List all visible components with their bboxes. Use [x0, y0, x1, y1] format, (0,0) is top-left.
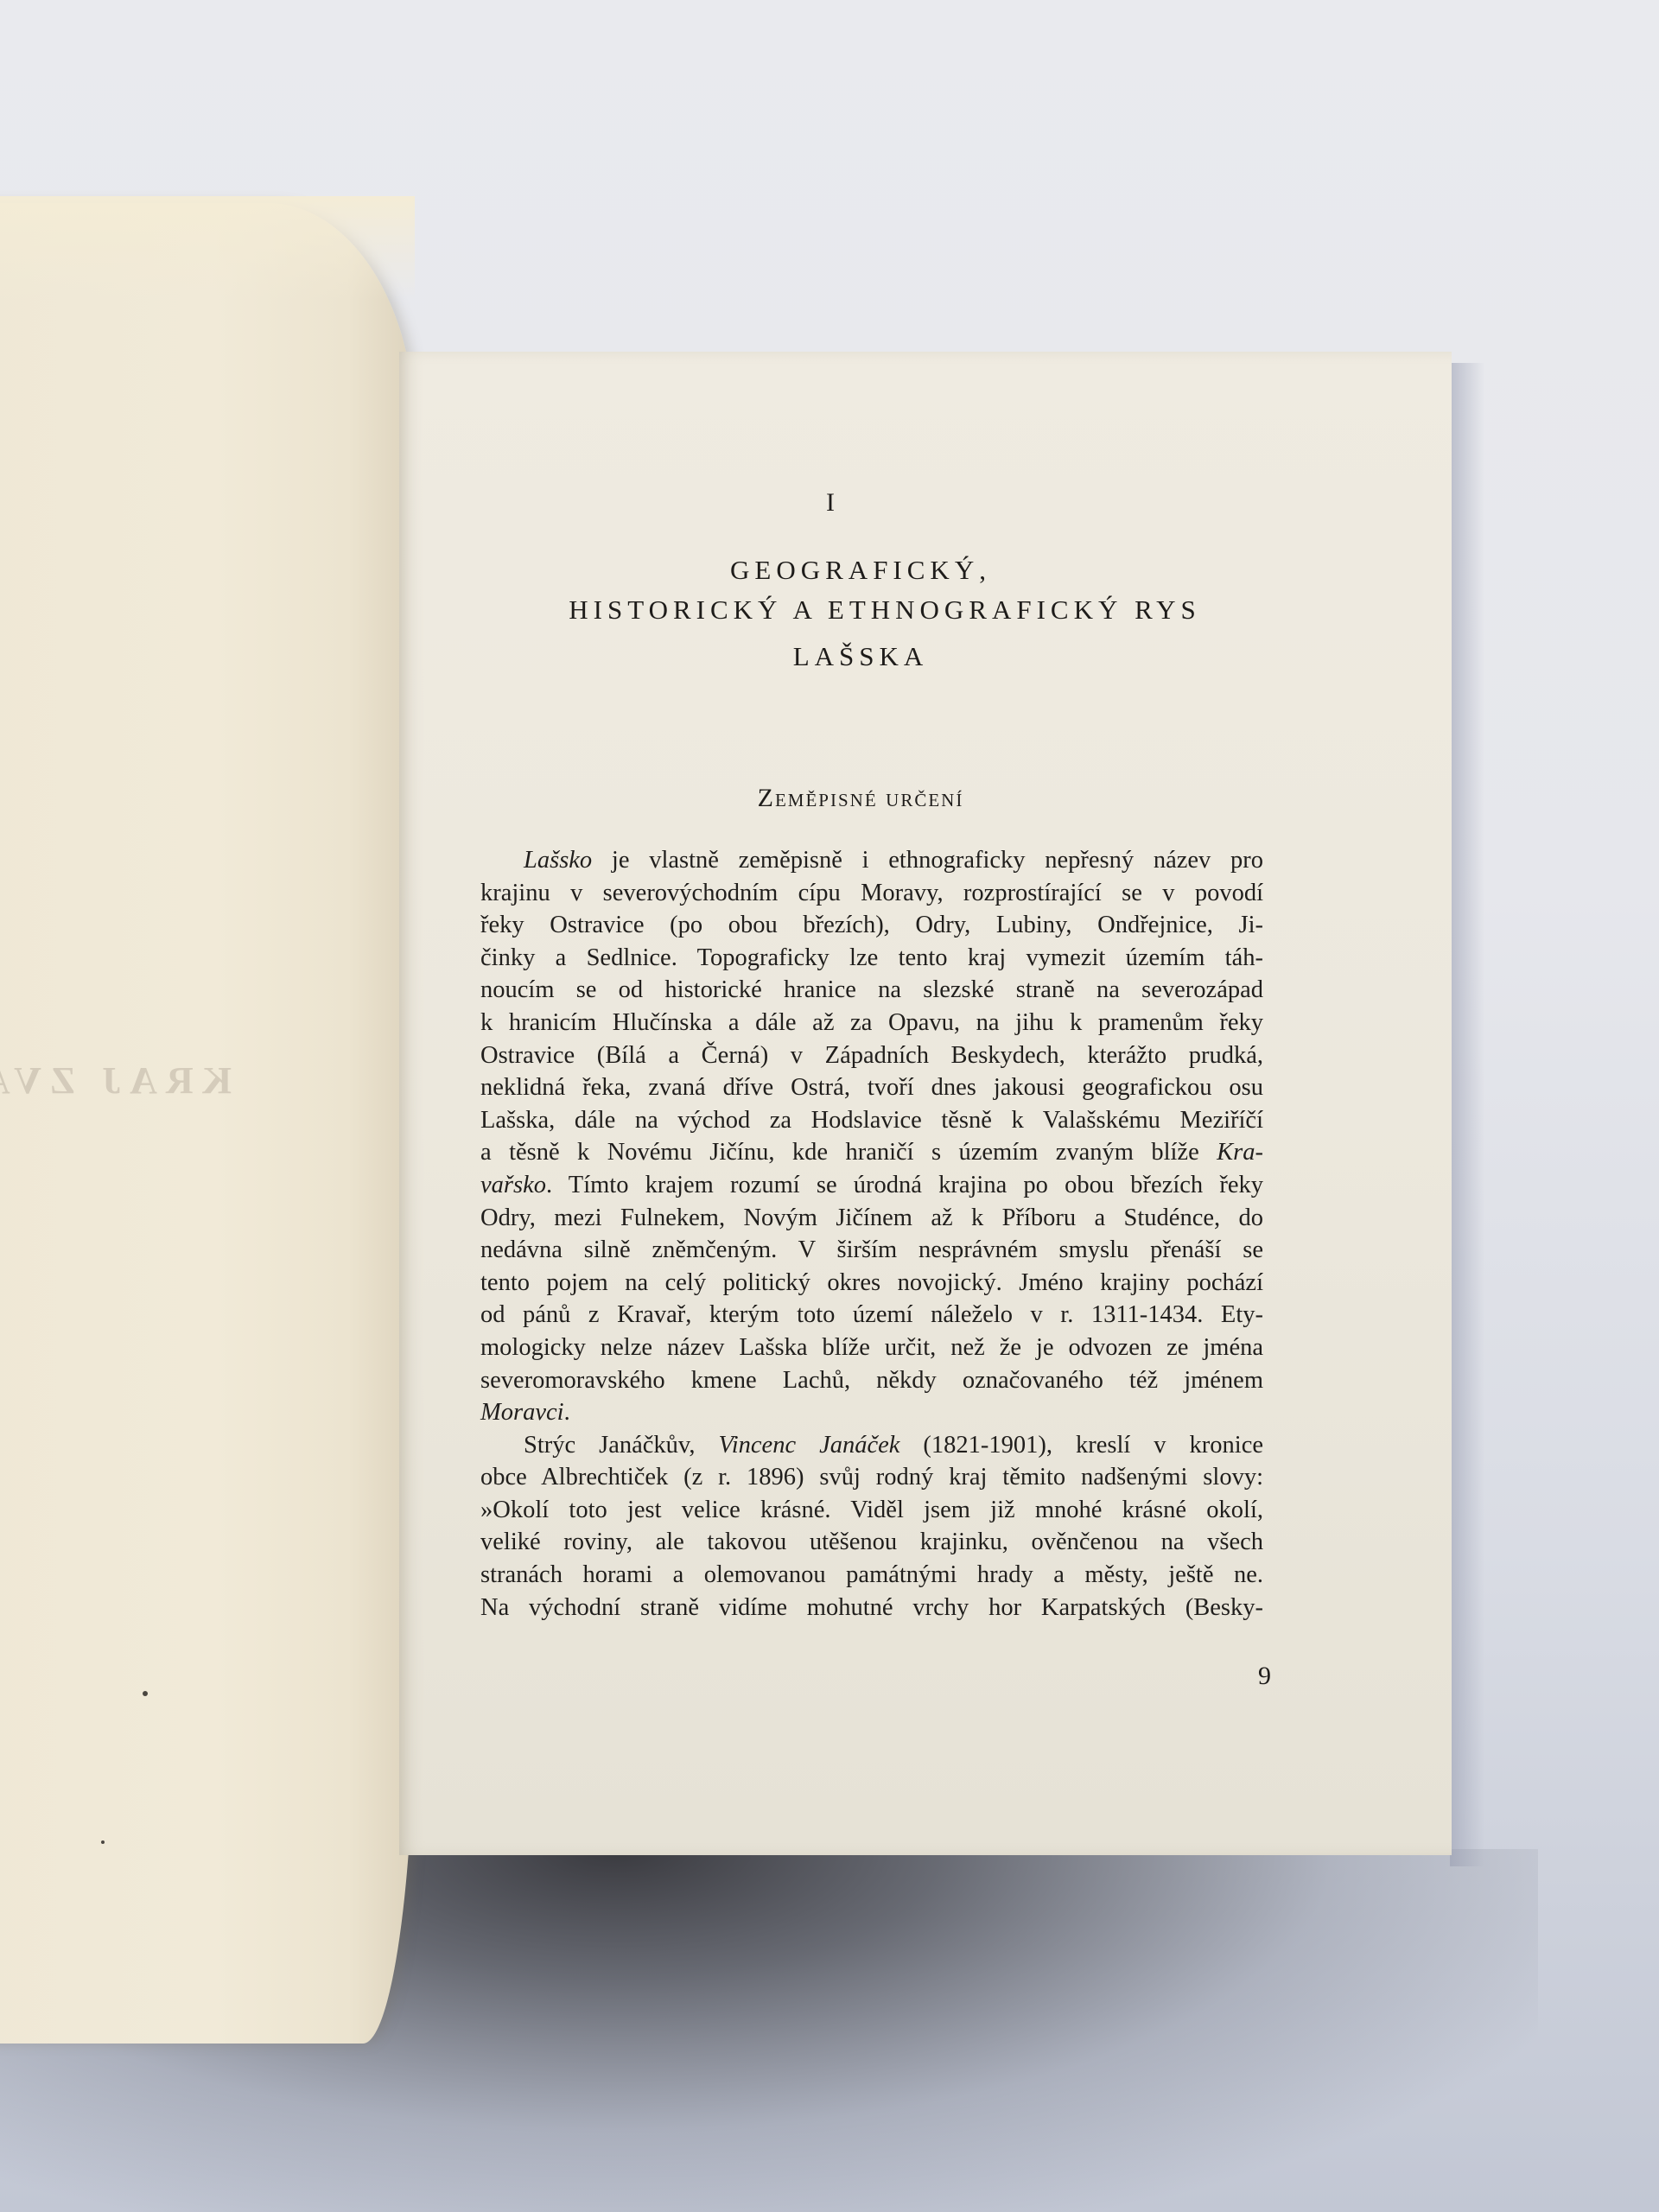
text-line: noucím se od historické hranice na slezs…	[480, 974, 1263, 1007]
text-line: a těsně k Novému Jičínu, kde hraničí s ú…	[480, 1136, 1263, 1169]
text-line: nedávna silně zněmčeným. V širším nesprá…	[480, 1234, 1263, 1267]
text-line: neklidná řeka, zvaná dříve Ostrá, tvoří …	[480, 1071, 1263, 1104]
line-text: a těsně k Novému Jičínu, kde hraničí s ú…	[480, 1139, 1217, 1166]
page-content: I GEOGRAFICKÝ, HISTORICKÝ A ETHNOGRAFICK…	[399, 352, 1452, 1855]
italic-term: Moravci	[480, 1399, 564, 1426]
section-title: Zeměpisné určení	[399, 784, 1322, 813]
italic-term: Kra-	[1217, 1139, 1263, 1166]
text-line: od pánů z Kravař, kterým toto území nále…	[480, 1299, 1263, 1332]
paper-speck	[101, 1840, 105, 1844]
text-line: Lašsko je vlastně zeměpisně i ethnografi…	[480, 844, 1263, 877]
paper-speck	[143, 1691, 148, 1696]
text-line: stranách horami a olemovanou památnými h…	[480, 1559, 1263, 1592]
text-line: vařsko. Tímto krajem rozumí se úrodná kr…	[480, 1169, 1263, 1202]
text-line: Ostravice (Bílá a Černá) v Západních Bes…	[480, 1039, 1263, 1072]
left-page: KRAJ ZVA	[0, 203, 415, 2044]
line-text: .	[564, 1399, 570, 1426]
page-number: 9	[1258, 1662, 1271, 1691]
chapter-number: I	[399, 488, 1263, 518]
photo-scene: KRAJ ZVA I GEOGRAFICKÝ, HISTORICKÝ A ETH…	[0, 0, 1659, 2212]
right-page: I GEOGRAFICKÝ, HISTORICKÝ A ETHNOGRAFICK…	[399, 352, 1452, 1855]
text-line: Lašska, dále na východ za Hodslavice těs…	[480, 1104, 1263, 1137]
italic-term: Lašsko	[524, 847, 592, 874]
text-line: obce Albrechtiček (z r. 1896) svůj rodný…	[480, 1461, 1263, 1494]
text-line: »Okolí toto jest velice krásné. Viděl js…	[480, 1494, 1263, 1527]
chapter-title-line-1: GEOGRAFICKÝ,	[399, 555, 1322, 586]
chapter-title-line-3: LAŠSKA	[399, 641, 1322, 672]
line-text: Strýc Janáčkův,	[524, 1432, 718, 1459]
line-text: je vlastně zeměpisně i ethnograficky nep…	[592, 847, 1263, 874]
text-line: Na východní straně vidíme mohutné vrchy …	[480, 1592, 1263, 1624]
left-page-show-through-text: KRAJ ZVA	[0, 1058, 232, 1103]
text-line: Odry, mezi Fulnekem, Novým Jičínem až k …	[480, 1202, 1263, 1235]
text-line: k hranicím Hlučínska a dále až za Opavu,…	[480, 1007, 1263, 1039]
text-line: činky a Sedlnice. Topograficky lze tento…	[480, 942, 1263, 975]
italic-term: vařsko	[480, 1172, 546, 1198]
line-text: . Tímto krajem rozumí se úrodná krajina …	[546, 1172, 1263, 1198]
italic-name: Vincenc Janáček	[718, 1432, 899, 1459]
text-line: severomoravského kmene Lachů, někdy ozna…	[480, 1364, 1263, 1397]
text-line: veliké roviny, ale takovou utěšenou kraj…	[480, 1526, 1263, 1559]
chapter-title-line-2: HISTORICKÝ A ETHNOGRAFICKÝ RYS	[453, 594, 1317, 626]
text-line: Strýc Janáčkův, Vincenc Janáček (1821-19…	[480, 1429, 1263, 1462]
text-line: krajinu v severovýchodním cípu Moravy, r…	[480, 877, 1263, 910]
text-line: řeky Ostravice (po obou březích), Odry, …	[480, 909, 1263, 942]
line-text: (1821-1901), kreslí v kronice	[899, 1432, 1263, 1459]
body-text: Lašsko je vlastně zeměpisně i ethnografi…	[480, 844, 1263, 1624]
page-edge-shadow	[1450, 363, 1484, 1866]
text-line: Moravci.	[480, 1396, 1263, 1429]
text-line: mologicky nelze název Lašska blíže určit…	[480, 1332, 1263, 1364]
text-line: tento pojem na celý politický okres novo…	[480, 1267, 1263, 1300]
